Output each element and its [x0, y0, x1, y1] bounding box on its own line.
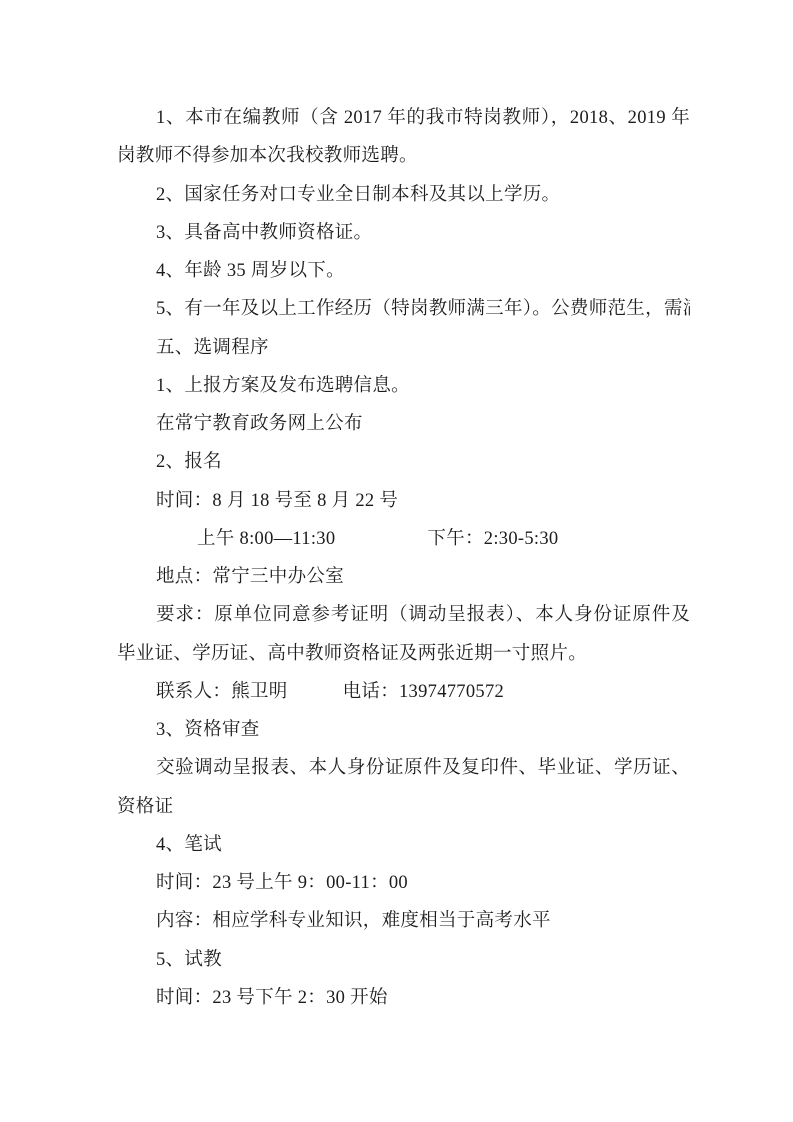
text-line: 5、试教 [117, 941, 690, 979]
line-text: 资格证 [117, 797, 173, 817]
line-text: 五、选调程序 [156, 338, 269, 358]
text-line: 内容：相应学科专业知识，难度相当于高考水平 [117, 902, 690, 940]
text-line: 地点：常宁三中办公室 [117, 558, 690, 596]
text-line: 在常宁教育政务网上公布 [117, 405, 690, 443]
line-segment: 上午 8:00—11:30 [197, 529, 335, 549]
text-line: 毕业证、学历证、高中教师资格证及两张近期一寸照片。 [117, 635, 690, 673]
line-text: 内容：相应学科专业知识，难度相当于高考水平 [156, 911, 551, 931]
line-text: 在常宁教育政务网上公布 [156, 414, 363, 434]
text-line: 五、选调程序 [117, 329, 690, 367]
line-segment: 下午：2:30-5:30 [427, 529, 558, 549]
text-line: 5、有一年及以上工作经历（特岗教师满三年）。公费师范生，需满服务期。 [117, 290, 690, 328]
line-text: 1、上报方案及发布选聘信息。 [156, 376, 410, 396]
text-line: 3、资格审查 [117, 711, 690, 749]
line-text: 3、具备高中教师资格证。 [156, 223, 372, 243]
line-text: 时间：23 号下午 2：30 开始 [156, 988, 388, 1008]
line-text: 交验调动呈报表、本人身份证原件及复印件、毕业证、学历证、高中教师 [156, 758, 690, 787]
line-text: 时间：23 号上午 9：00-11：00 [156, 873, 408, 893]
line-text: 5、有一年及以上工作经历（特岗教师满三年）。公费师范生，需满服务期。 [156, 299, 690, 319]
text-line: 上午 8:00—11:30下午：2:30-5:30 [117, 520, 690, 558]
line-text: 3、资格审查 [156, 720, 260, 740]
line-text: 4、笔试 [156, 835, 222, 855]
line-text: 地点：常宁三中办公室 [156, 567, 344, 587]
text-line: 3、具备高中教师资格证。 [117, 214, 690, 252]
text-line: 1、本市在编教师（含 2017 年的我市特岗教师），2018、2019 年的我市… [117, 99, 690, 137]
text-line: 联系人：熊卫明电话：13974770572 [117, 673, 690, 711]
line-text: 4、年龄 35 周岁以下。 [156, 261, 345, 281]
line-text: 2、国家任务对口专业全日制本科及其以上学历。 [156, 185, 560, 205]
text-line: 交验调动呈报表、本人身份证原件及复印件、毕业证、学历证、高中教师 [117, 749, 690, 787]
line-text: 1、本市在编教师（含 2017 年的我市特岗教师），2018、2019 年的我市… [156, 108, 690, 137]
line-text: 毕业证、学历证、高中教师资格证及两张近期一寸照片。 [117, 644, 587, 664]
text-line: 要求：原单位同意参考证明（调动呈报表）、本人身份证原件及复印件、 [117, 596, 690, 634]
text-line: 4、年龄 35 周岁以下。 [117, 252, 690, 290]
text-line: 4、笔试 [117, 826, 690, 864]
document-viewport: { "colors": { "page_background": "#fffff… [0, 0, 793, 1122]
line-text: 要求：原单位同意参考证明（调动呈报表）、本人身份证原件及复印件、 [156, 605, 690, 634]
text-line: 时间：23 号上午 9：00-11：00 [117, 864, 690, 902]
line-text: 2、报名 [156, 452, 222, 472]
text-line: 时间：23 号下午 2：30 开始 [117, 979, 690, 1017]
line-text: 时间：8 月 18 号至 8 月 22 号 [156, 491, 398, 511]
text-line: 2、报名 [117, 443, 690, 481]
text-line: 2、国家任务对口专业全日制本科及其以上学历。 [117, 176, 690, 214]
line-segment: 电话：13974770572 [343, 682, 504, 702]
line-text: 岗教师不得参加本次我校教师选聘。 [117, 146, 418, 166]
text-line: 资格证 [117, 788, 690, 826]
text-line: 岗教师不得参加本次我校教师选聘。 [117, 137, 690, 175]
document-body: 1、本市在编教师（含 2017 年的我市特岗教师），2018、2019 年的我市… [117, 99, 690, 1017]
text-line: 1、上报方案及发布选聘信息。 [117, 367, 690, 405]
line-text: 5、试教 [156, 950, 222, 970]
line-segment: 联系人：熊卫明 [156, 682, 288, 702]
document-page: 1、本市在编教师（含 2017 年的我市特岗教师），2018、2019 年的我市… [0, 0, 793, 1122]
text-line: 时间：8 月 18 号至 8 月 22 号 [117, 482, 690, 520]
